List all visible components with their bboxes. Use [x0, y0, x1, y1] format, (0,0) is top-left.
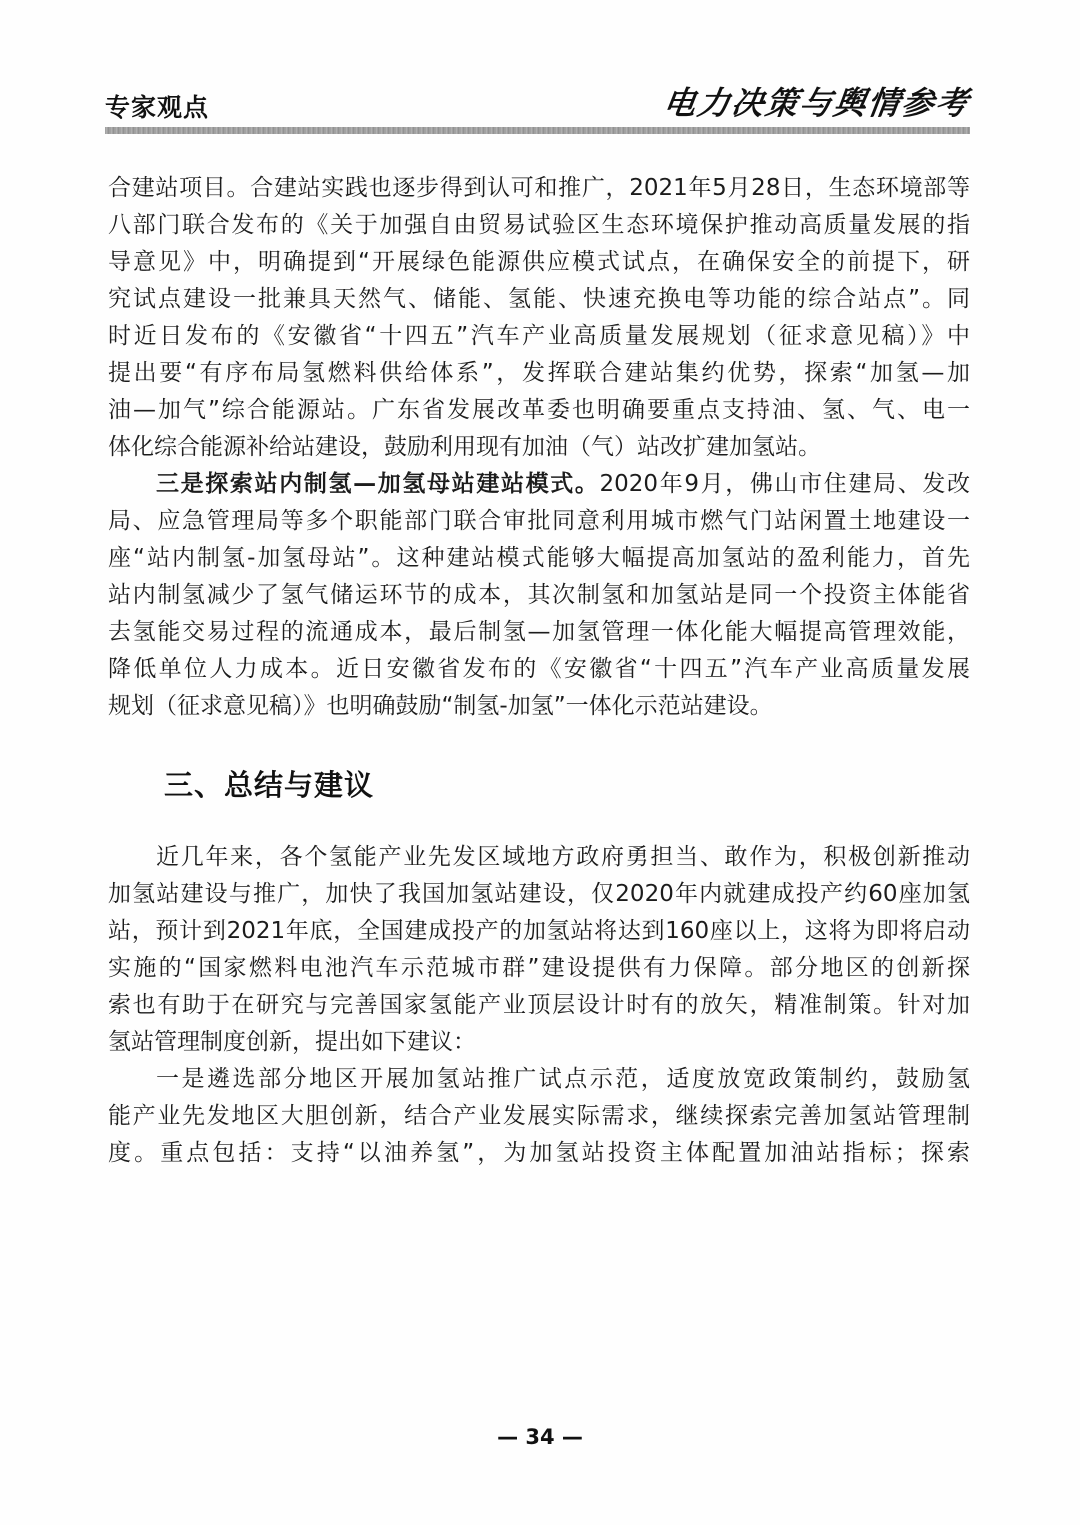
- document-page: 专家观点 电力决策与舆情参考 合建站项目。合建站实践也逐步得到认可和推广，202…: [0, 0, 1080, 1525]
- text-line: 能产业先发地区大胆创新，结合产业发展实际需求，继续探索完善加氢站管理制: [108, 1098, 970, 1135]
- text-line: 提出要“有序布局氢燃料供给体系”，发挥联合建站集约优势，探索“加氢—加: [108, 355, 970, 392]
- text-line: 去氢能交易过程的流通成本，最后制氢—加氢管理一体化能大幅提高管理效能，: [108, 614, 970, 651]
- text-line: 一是遴选部分地区开展加氢站推广试点示范，适度放宽政策制约，鼓励氢: [108, 1061, 970, 1098]
- text-line: 八部门联合发布的《关于加强自由贸易试验区生态环境保护推动高质量发展的指: [108, 207, 970, 244]
- article-body: 合建站项目。合建站实践也逐步得到认可和推广，2021年5月28日，生态环境部等 …: [108, 170, 970, 1172]
- paragraph: 合建站项目。合建站实践也逐步得到认可和推广，2021年5月28日，生态环境部等 …: [108, 170, 970, 466]
- publication-title: 电力决策与舆情参考: [661, 78, 973, 124]
- text-line: 站内制氢减少了氢气储运环节的成本，其次制氢和加氢站是同一个投资主体能省: [108, 577, 970, 614]
- text-line: 油—加气”综合能源站。广东省发展改革委也明确要重点支持油、氢、气、电一: [108, 392, 970, 429]
- text-line: 座“站内制氢-加氢母站”。这种建站模式能够大幅提高加氢站的盈利能力，首先: [108, 540, 970, 577]
- section-heading: 三、总结与建议: [108, 745, 970, 825]
- text-line: 站，预计到2021年底，全国建成投产的加氢站将达到160座以上，这将为即将启动: [108, 913, 970, 950]
- text-line: 索也有助于在研究与完善国家氢能产业顶层设计时有的放矢，精准制策。针对加: [108, 987, 970, 1024]
- page-header: 专家观点 电力决策与舆情参考: [105, 78, 970, 128]
- text-line: 规划（征求意见稿）》也明确鼓励“制氢-加氢”一体化示范站建设。: [108, 688, 970, 725]
- text-line: 合建站项目。合建站实践也逐步得到认可和推广，2021年5月28日，生态环境部等: [108, 170, 970, 207]
- paragraph: 一是遴选部分地区开展加氢站推广试点示范，适度放宽政策制约，鼓励氢 能产业先发地区…: [108, 1061, 970, 1172]
- text-line: 究试点建设一批兼具天然气、储能、氢能、快速充换电等功能的综合站点”。同: [108, 281, 970, 318]
- text-line: 实施的“国家燃料电池汽车示范城市群”建设提供有力保障。部分地区的创新探: [108, 950, 970, 987]
- text-line: 加氢站建设与推广，加快了我国加氢站建设，仅2020年内就建成投产约60座加氢: [108, 876, 970, 913]
- text-line: 近几年来，各个氢能产业先发区域地方政府勇担当、敢作为，积极创新推动: [108, 839, 970, 876]
- section-label: 专家观点: [105, 88, 209, 124]
- text-line: 度。重点包括：支持“以油养氢”，为加氢站投资主体配置加油站指标；探索: [108, 1135, 970, 1172]
- text-line: 导意见》中，明确提到“开展绿色能源供应模式试点，在确保安全的前提下，研: [108, 244, 970, 281]
- paragraph-lead-bold: 三是探索站内制氢—加氢母站建站模式。: [156, 471, 600, 497]
- paragraph: 三是探索站内制氢—加氢母站建站模式。2020年9月，佛山市住建局、发改 局、应急…: [108, 466, 970, 725]
- text-line: 降低单位人力成本。近日安徽省发布的《安徽省“十四五”汽车产业高质量发展: [108, 651, 970, 688]
- paragraph: 近几年来，各个氢能产业先发区域地方政府勇担当、敢作为，积极创新推动 加氢站建设与…: [108, 839, 970, 1061]
- text-line: 局、应急管理局等多个职能部门联合审批同意利用城市燃气门站闲置土地建设一: [108, 503, 970, 540]
- text-run: 2020年9月，佛山市住建局、发改: [600, 471, 970, 497]
- header-divider: [105, 127, 970, 134]
- text-line: 时近日发布的《安徽省“十四五”汽车产业高质量发展规划（征求意见稿）》中: [108, 318, 970, 355]
- text-line: 三是探索站内制氢—加氢母站建站模式。2020年9月，佛山市住建局、发改: [108, 466, 970, 503]
- text-line: 氢站管理制度创新，提出如下建议：: [108, 1024, 970, 1061]
- page-number: — 34 —: [0, 1425, 1080, 1449]
- text-line: 体化综合能源补给站建设，鼓励利用现有加油（气）站改扩建加氢站。: [108, 429, 970, 466]
